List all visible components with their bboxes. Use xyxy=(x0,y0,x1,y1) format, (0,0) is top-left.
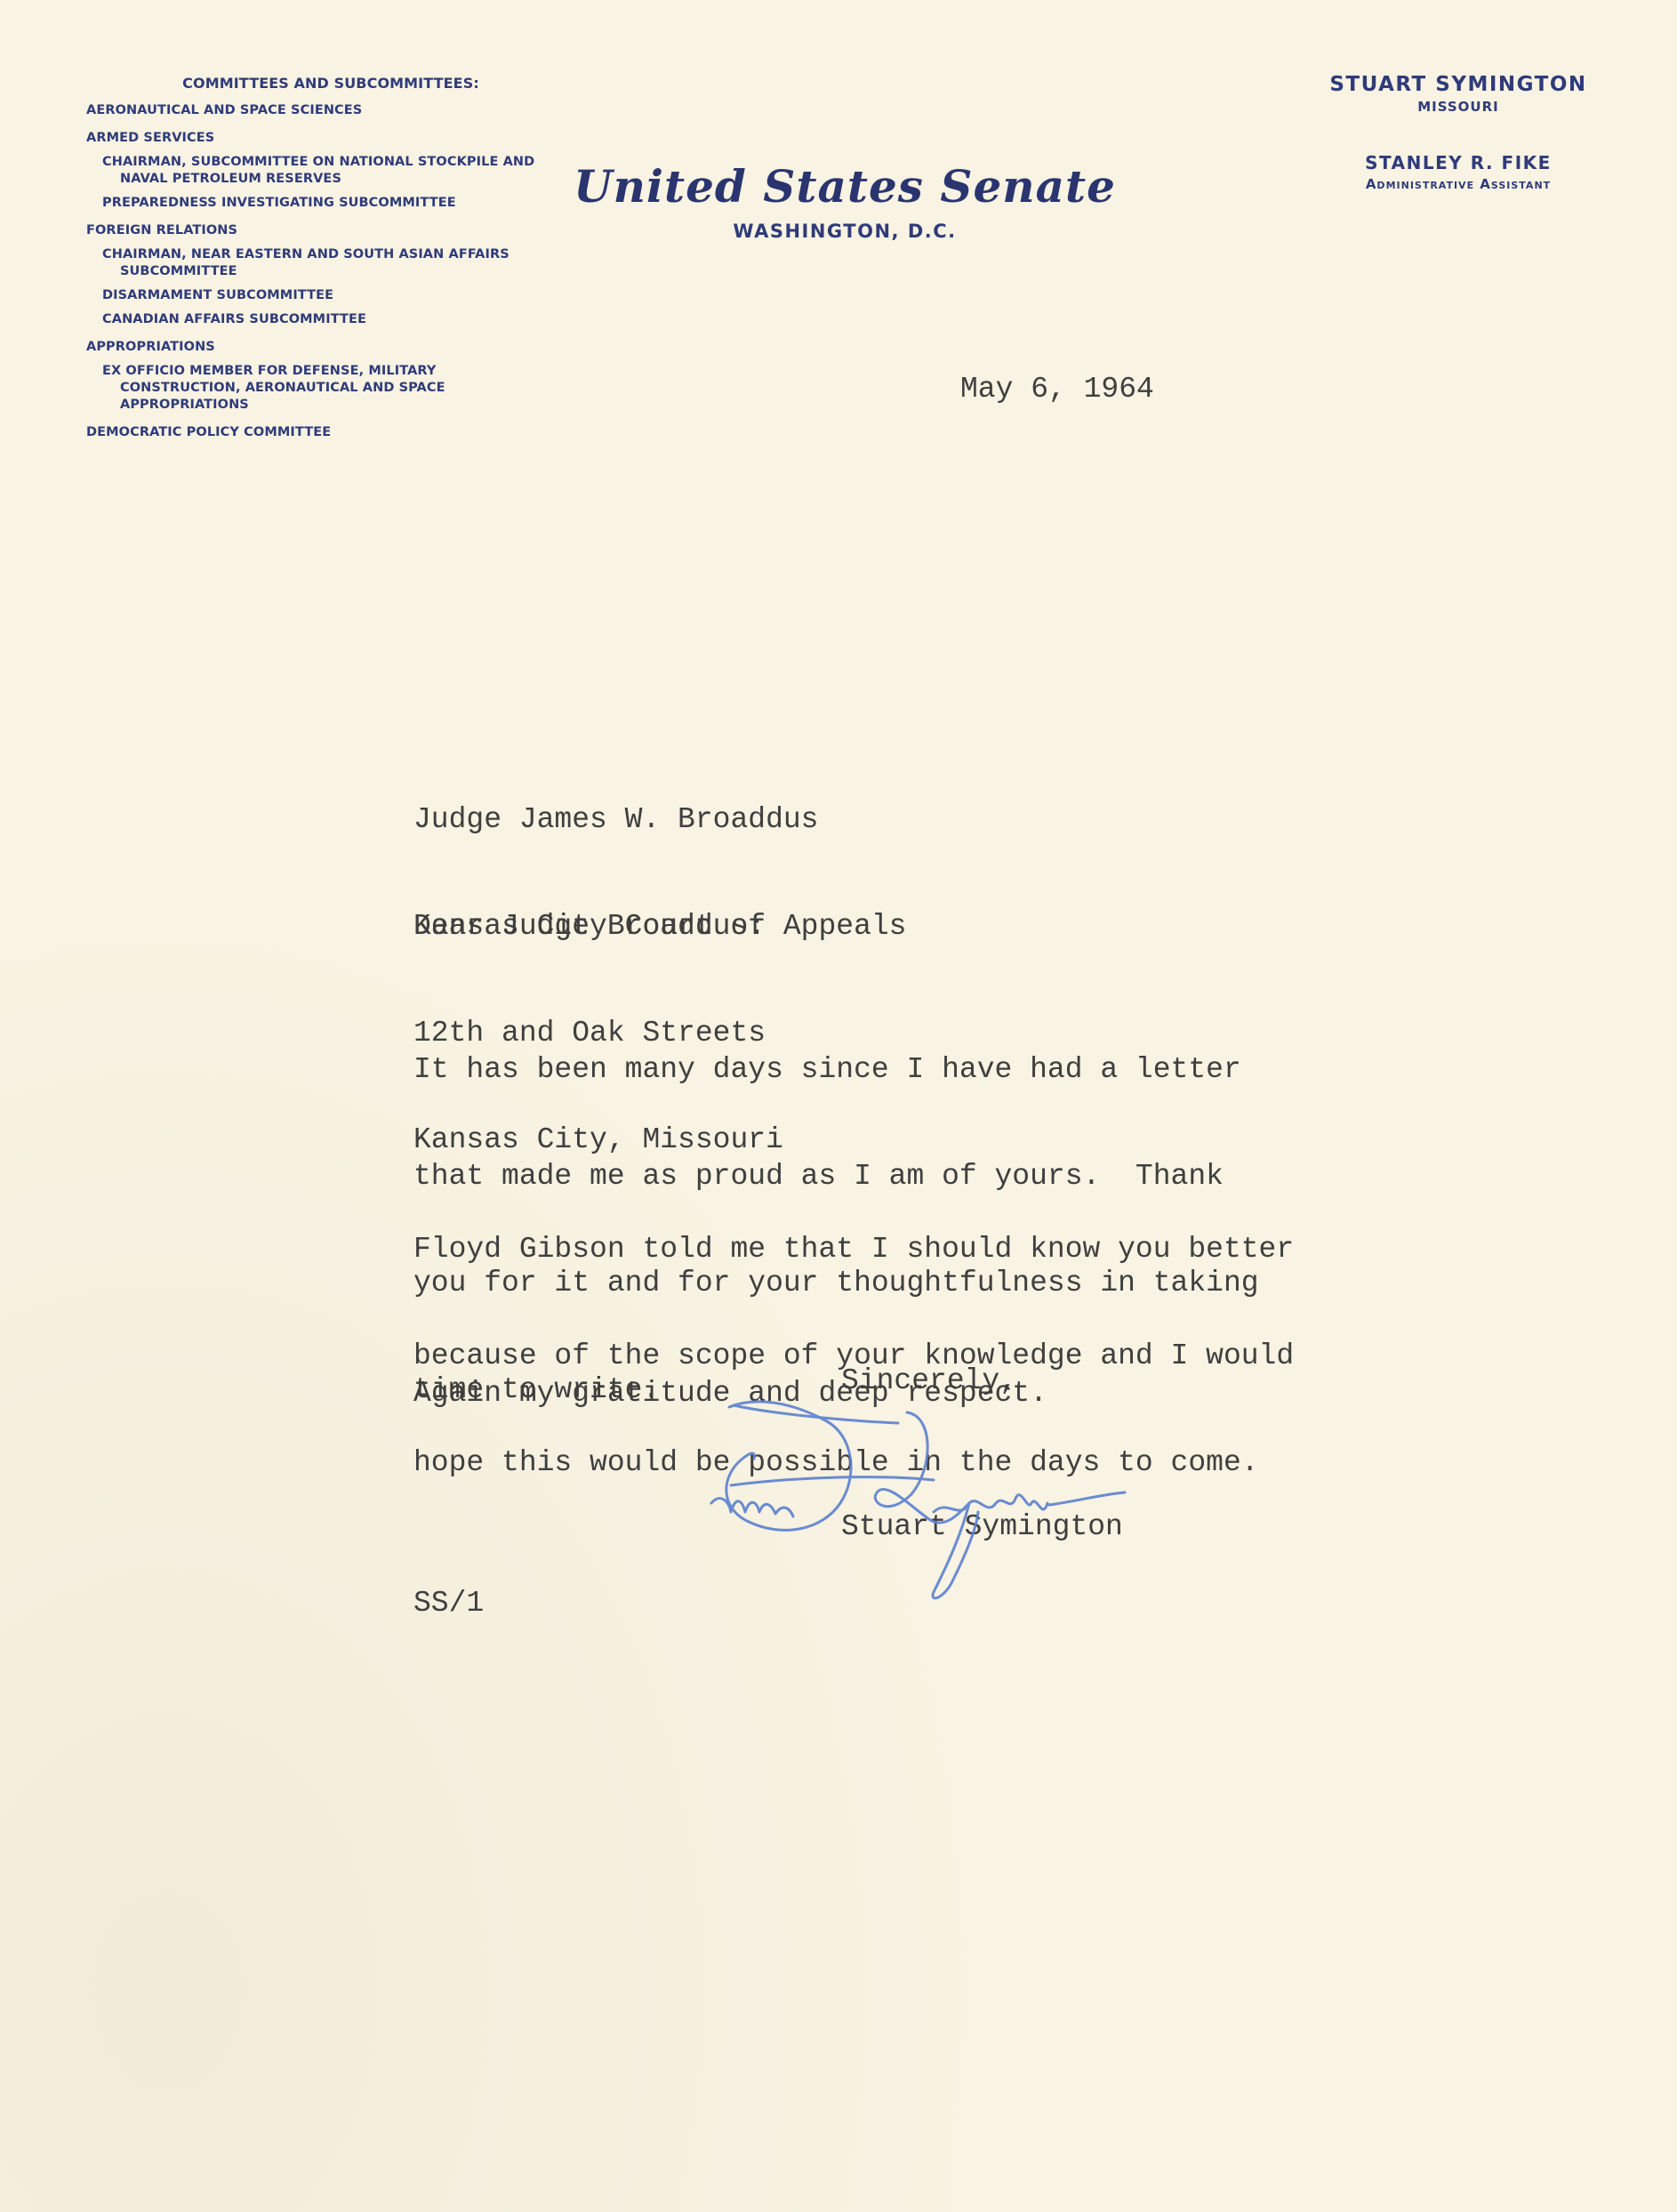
subcommittee-line: NAVAL PETROLEUM RESERVES xyxy=(102,171,549,188)
assistant-title: Administrative Assistant xyxy=(1298,174,1618,194)
subcommittee-line: EX OFFICIO MEMBER FOR DEFENSE, MILITARY xyxy=(102,363,549,380)
senator-name: STUART SYMINGTON xyxy=(1298,71,1618,98)
committee-label: DEMOCRATIC POLICY COMMITTEE xyxy=(86,425,331,439)
committees-list: COMMITTEES AND SUBCOMMITTEES: AERONAUTIC… xyxy=(86,75,549,441)
subcommittee-line: PREPAREDNESS INVESTIGATING SUBCOMMITTEE xyxy=(102,195,549,212)
subcommittee-item: CHAIRMAN, SUBCOMMITTEE ON NATIONAL STOCK… xyxy=(86,154,549,188)
committees-heading: COMMITTEES AND SUBCOMMITTEES: xyxy=(86,75,549,92)
subcommittee-line: CANADIAN AFFAIRS SUBCOMMITTEE xyxy=(102,311,549,328)
committee-item: DEMOCRATIC POLICY COMMITTEE xyxy=(86,424,549,441)
address-line: Judge James W. Broaddus xyxy=(413,802,907,838)
subcommittee-line: CHAIRMAN, SUBCOMMITTEE ON NATIONAL STOCK… xyxy=(102,154,549,171)
committee-label: ARMED SERVICES xyxy=(86,131,214,145)
committee-label: AERONAUTICAL AND SPACE SCIENCES xyxy=(86,103,362,117)
salutation: Dear Judge Broaddus: xyxy=(413,909,766,945)
subcommittee-line: APPROPRIATIONS xyxy=(102,397,549,414)
subcommittee-line: SUBCOMMITTEE xyxy=(102,263,549,280)
committee-label: FOREIGN RELATIONS xyxy=(86,223,237,237)
subcommittee-item: DISARMAMENT SUBCOMMITTEE xyxy=(86,287,549,304)
subcommittee-item: CHAIRMAN, NEAR EASTERN AND SOUTH ASIAN A… xyxy=(86,246,549,280)
subcommittee-item: PREPAREDNESS INVESTIGATING SUBCOMMITTEE xyxy=(86,195,549,212)
letter-date: May 6, 1964 xyxy=(960,372,1154,407)
subcommittee-line: DISARMAMENT SUBCOMMITTEE xyxy=(102,287,549,304)
subcommittee-item: CANADIAN AFFAIRS SUBCOMMITTEE xyxy=(86,311,549,328)
subcommittee-line: CONSTRUCTION, AERONAUTICAL AND SPACE xyxy=(102,380,549,397)
paragraph-line: It has been many days since I have had a… xyxy=(413,1052,1259,1088)
committee-item: ARMED SERVICES CHAIRMAN, SUBCOMMITTEE ON… xyxy=(86,130,549,212)
paragraph-line: Floyd Gibson told me that I should know … xyxy=(413,1232,1294,1267)
reference-initials: SS/1 xyxy=(413,1586,484,1621)
committee-item: FOREIGN RELATIONS CHAIRMAN, NEAR EASTERN… xyxy=(86,222,549,328)
senator-state: MISSOURI xyxy=(1298,98,1618,116)
committee-item: AERONAUTICAL AND SPACE SCIENCES xyxy=(86,102,549,119)
assistant-name: STANLEY R. FIKE xyxy=(1298,151,1618,174)
committee-item: APPROPRIATIONS EX OFFICIO MEMBER FOR DEF… xyxy=(86,339,549,414)
letterhead-title: United States Senate xyxy=(551,158,1138,215)
closing: Sincerely, xyxy=(841,1363,1017,1399)
committee-label: APPROPRIATIONS xyxy=(86,340,215,354)
senator-block: STUART SYMINGTON MISSOURI STANLEY R. FIK… xyxy=(1298,71,1618,194)
letterhead-title-block: United States Senate WASHINGTON, D.C. xyxy=(551,158,1138,242)
paragraph-line: hope this would be possible in the days … xyxy=(413,1445,1294,1481)
subcommittee-line: CHAIRMAN, NEAR EASTERN AND SOUTH ASIAN A… xyxy=(102,246,549,263)
letterhead-location: WASHINGTON, D.C. xyxy=(551,221,1138,242)
signer-name: Stuart Symington xyxy=(841,1509,1123,1545)
subcommittee-item: EX OFFICIO MEMBER FOR DEFENSE, MILITARY … xyxy=(86,363,549,414)
